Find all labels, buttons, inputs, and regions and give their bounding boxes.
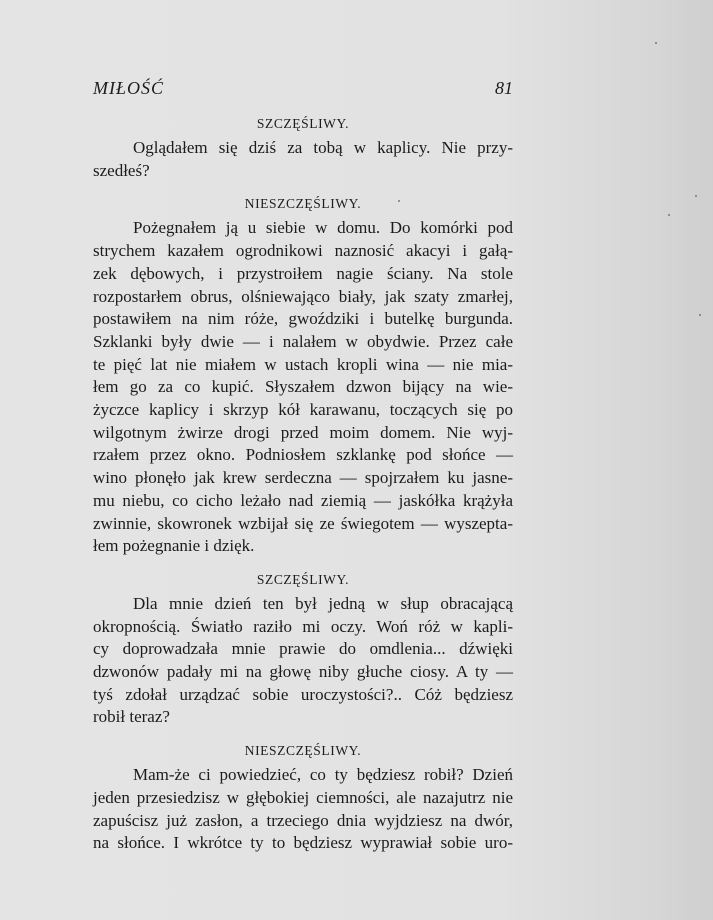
text-line: robił teraz? <box>93 706 513 729</box>
book-page: MIŁOŚĆ 81 SZCZĘŚLIWY.Oglądałem się dziś … <box>93 78 513 855</box>
text-line: okropnością. Światło raziło mi oczy. Woń… <box>93 616 513 639</box>
text-line: te pięć lat nie miałem w ustach kropli w… <box>93 354 513 377</box>
text-line: wilgotnym żwirze drogi przed moim domem.… <box>93 422 513 445</box>
text-line: na słońce. I wkrótce ty to będziesz wypr… <box>93 832 513 855</box>
text-line: Oglądałem się dziś za tobą w kaplicy. Ni… <box>93 137 513 160</box>
dialogue-body: SZCZĘŚLIWY.Oglądałem się dziś za tobą w … <box>93 114 513 855</box>
running-head: MIŁOŚĆ 81 <box>93 78 513 104</box>
text-line: zek dębowych, i przystroiłem nagie ścian… <box>93 263 513 286</box>
speaker-label: NIESZCZĘŚLIWY. <box>93 194 513 214</box>
text-line: szedłeś? <box>93 160 513 183</box>
paper-speck <box>699 314 701 316</box>
text-line: tyś zdołał urządzać sobie uroczystości?.… <box>93 684 513 707</box>
running-title: MIŁOŚĆ <box>93 78 164 99</box>
text-line: Pożegnałem ją u siebie w domu. Do komórk… <box>93 217 513 240</box>
text-line: Dla mnie dzień ten był jedną w słup obra… <box>93 593 513 616</box>
dialogue-paragraph: Pożegnałem ją u siebie w domu. Do komórk… <box>93 217 513 558</box>
text-line: cy doprowadzała mnie prawie do omdlenia.… <box>93 638 513 661</box>
text-line: jeden przesiedzisz w głębokiej ciemności… <box>93 787 513 810</box>
text-line: życzce kaplicy i skrzyp kół karawanu, to… <box>93 399 513 422</box>
text-line: rozpostarłem obrus, olśniewająco biały, … <box>93 286 513 309</box>
paper-speck <box>655 42 657 44</box>
paper-speck <box>695 195 697 197</box>
text-line: zwinnie, skowronek wzbijał się ze świego… <box>93 513 513 536</box>
dialogue-paragraph: Dla mnie dzień ten był jedną w słup obra… <box>93 593 513 729</box>
dialogue-paragraph: Oglądałem się dziś za tobą w kaplicy. Ni… <box>93 137 513 182</box>
speaker-label: SZCZĘŚLIWY. <box>93 570 513 590</box>
paper-speck <box>668 214 670 216</box>
text-line: łem go za co kupić. Słyszałem dzwon biją… <box>93 376 513 399</box>
speaker-label: NIESZCZĘŚLIWY. <box>93 741 513 761</box>
text-line: Szklanki były dwie — i nalałem w obydwie… <box>93 331 513 354</box>
page-number: 81 <box>495 78 513 99</box>
text-line: rzałem przez okno. Podniosłem szklankę p… <box>93 444 513 467</box>
text-line: dzwonów padały mi na głowę niby głuche c… <box>93 661 513 684</box>
text-line: zapuścisz już zasłon, a trzeciego dnia w… <box>93 810 513 833</box>
paper-speck <box>398 200 400 202</box>
text-line: łem pożegnanie i dzięk. <box>93 535 513 558</box>
text-line: Mam-że ci powiedzieć, co ty będziesz rob… <box>93 764 513 787</box>
text-line: wino płonęło jak krew serdeczna — spojrz… <box>93 467 513 490</box>
dialogue-paragraph: Mam-że ci powiedzieć, co ty będziesz rob… <box>93 764 513 855</box>
text-line: mu niebu, co cicho leżało nad ziemią — j… <box>93 490 513 513</box>
speaker-label: SZCZĘŚLIWY. <box>93 114 513 134</box>
text-line: strychem kazałem ogrodnikowi naznosić ak… <box>93 240 513 263</box>
text-line: postawiłem na nim róże, gwoździki i bute… <box>93 308 513 331</box>
